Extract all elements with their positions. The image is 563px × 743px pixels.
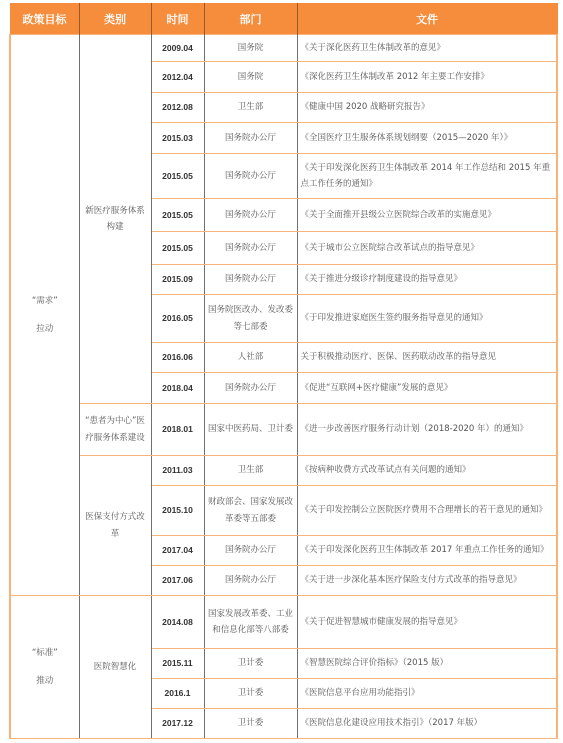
category-cell: “患者为中心”医疗服务体系建设 [79,404,151,456]
dept-cell: 卫生部 [204,93,297,123]
time-cell: 2015.03 [151,123,204,154]
time-cell: 2016.1 [151,679,204,709]
time-cell: 2017.04 [151,536,204,566]
dept-cell: 国务院办公厅 [204,536,297,566]
dept-cell: 国务院办公厅 [204,265,297,295]
time-cell: 2017.06 [151,566,204,596]
document-cell: 《关于印发深化医药卫生体制改革 2014 年工作总结和 2015 年重点工作任务… [297,154,557,199]
dept-cell: 国家发展改革委、工业和信息化部等八部委 [204,596,297,649]
time-cell: 2012.08 [151,93,204,123]
category-cell: 新医疗服务体系构建 [79,35,151,404]
document-cell: 《关于深化医药卫生体制改革的意见》 [297,35,557,62]
time-cell: 2011.03 [151,456,204,486]
document-cell: 《全国医疗卫生服务体系规划纲要（2015—2020 年）》 [297,123,557,154]
dept-cell: 卫计委 [204,679,297,709]
document-cell: 《按病种收费方式改革试点有关问题的通知》 [297,456,557,486]
time-cell: 2018.01 [151,404,204,456]
document-cell: 《关于城市公立医院综合改革试点的指导意见》 [297,232,557,265]
header-row: 政策目标 类别 时间 部门 文件 [10,3,557,35]
header-time: 时间 [151,3,204,35]
time-cell: 2009.04 [151,35,204,62]
time-cell: 2018.04 [151,373,204,404]
document-cell: 《关于促进智慧城市健康发展的指导意见》 [297,596,557,649]
category-cell: 医保支付方式改革 [79,456,151,596]
document-cell: 《于印发推进家庭医生签约服务指导意见的通知》 [297,295,557,343]
document-cell: 《智慧医院综合评价指标》（2015 版） [297,649,557,679]
time-cell: 2015.05 [151,199,204,232]
document-cell: 《医院信息平台应用功能指引》 [297,679,557,709]
document-cell: 《健康中国 2020 战略研究报告》 [297,93,557,123]
table-row: 医保支付方式改革 2011.03 卫生部 《按病种收费方式改革试点有关问题的通知… [10,456,557,486]
document-cell: 《关于全面推开县级公立医院综合改革的实施意见》 [297,199,557,232]
dept-cell: 卫计委 [204,649,297,679]
time-cell: 2017.12 [151,709,204,739]
document-cell: 《关于印发控制公立医院医疗费用不合理增长的若干意见的通知》 [297,486,557,536]
dept-cell: 卫生部 [204,456,297,486]
dept-cell: 国务院办公厅 [204,566,297,596]
dept-cell: 国务院办公厅 [204,373,297,404]
header-goal: 政策目标 [10,3,79,35]
dept-cell: 人社部 [204,343,297,373]
document-cell: 关于积极推动医疗、医保、医药联动改革的指导意见 [297,343,557,373]
table-row: “需求” 拉动 新医疗服务体系构建 2009.04 国务院 《关于深化医药卫生体… [10,35,557,62]
time-cell: 2016.05 [151,295,204,343]
time-cell: 2015.09 [151,265,204,295]
goal-sublabel: 推动 [13,673,77,689]
document-cell: 《促进“互联网+医疗健康”发展的意见》 [297,373,557,404]
table-row: “标准” 推动 医院智慧化 2014.08 国家发展改革委、工业和信息化部等八部… [10,596,557,649]
time-cell: 2016.06 [151,343,204,373]
dept-cell: 国务院办公厅 [204,154,297,199]
header-dept: 部门 [204,3,297,35]
goal-label: “标准” [13,645,77,661]
goal-cell: “需求” 拉动 [10,35,79,596]
time-cell: 2012.04 [151,62,204,93]
dept-cell: 国务院 [204,35,297,62]
header-document: 文件 [297,3,557,35]
dept-cell: 卫计委 [204,709,297,739]
dept-cell: 国务院办公厅 [204,123,297,154]
goal-label: “需求” [13,293,77,309]
time-cell: 2014.08 [151,596,204,649]
time-cell: 2015.05 [151,154,204,199]
time-cell: 2015.05 [151,232,204,265]
dept-cell: 国务院医改办、发改委等七部委 [204,295,297,343]
document-cell: 《深化医药卫生体制改革 2012 年主要工作安排》 [297,62,557,93]
dept-cell: 国务院办公厅 [204,232,297,265]
category-cell: 医院智慧化 [79,596,151,739]
header-category: 类别 [79,3,151,35]
policy-table: 政策目标 类别 时间 部门 文件 “需求” 拉动 新医疗服务体系构建 2009.… [9,3,558,739]
document-cell: 《关于进一步深化基本医疗保险支付方式改革的指导意见》 [297,566,557,596]
dept-cell: 国务院办公厅 [204,199,297,232]
document-cell: 《关于印发深化医药卫生体制改革 2017 年重点工作任务的通知》 [297,536,557,566]
goal-sublabel: 拉动 [13,321,77,337]
document-cell: 《医院信息化建设应用技术指引》（2017 年版） [297,709,557,739]
dept-cell: 财政部会、国家发展改革委等五部委 [204,486,297,536]
table-row: “患者为中心”医疗服务体系建设 2018.01 国家中医药局、卫计委 《进一步改… [10,404,557,456]
goal-cell: “标准” 推动 [10,596,79,739]
time-cell: 2015.10 [151,486,204,536]
dept-cell: 国家中医药局、卫计委 [204,404,297,456]
dept-cell: 国务院 [204,62,297,93]
document-cell: 《关于推进分级诊疗制度建设的指导意见》 [297,265,557,295]
time-cell: 2015.11 [151,649,204,679]
document-cell: 《进一步改善医疗服务行动计划（2018-2020 年）的通知》 [297,404,557,456]
